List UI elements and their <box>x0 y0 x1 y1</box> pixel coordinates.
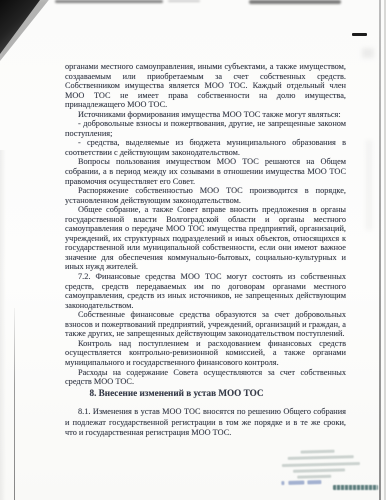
scan-edge-streak <box>55 0 163 3</box>
scan-edge-streak <box>249 0 341 4</box>
paragraph: Общее собрание, а также Совет вправе вно… <box>65 205 346 272</box>
scan-edge-streak <box>168 0 200 2</box>
page-corner-fold <box>0 0 40 54</box>
paragraph: органами местного самоуправления, иными … <box>65 62 346 110</box>
margin-dash-mark <box>352 33 367 36</box>
document-text: органами местного самоуправления, иными … <box>65 62 346 439</box>
paragraph: Собственные финансовые средства образуют… <box>65 310 346 339</box>
scan-smudge <box>366 140 372 230</box>
paragraph: Контроль над поступлением и расходование… <box>65 339 346 368</box>
stamp-text-line <box>297 475 331 479</box>
stamp-text-line <box>288 455 354 460</box>
stamp-text-line <box>293 468 345 472</box>
section-heading: 8. Внесение изменений в устав МОО ТОС <box>65 388 288 399</box>
paragraph-8-1: 8.1. Изменения в устав МОО ТОС вносятся … <box>65 407 346 440</box>
registration-stamp <box>281 448 366 488</box>
paragraph: Распоряжение собственностью МОО ТОС прои… <box>65 186 346 205</box>
stamp-date-mark <box>307 480 321 484</box>
list-item-paragraph: - добровольные взносы и пожертвования, д… <box>65 119 346 138</box>
stamp-date-mark <box>281 481 284 485</box>
page-left-edge-shade <box>0 150 6 500</box>
stamp-text-line <box>282 462 360 467</box>
stamp-date-mark <box>288 480 304 484</box>
page-right-edge-line <box>379 0 381 500</box>
paragraph: Вопросы пользования имуществом МОО ТОС р… <box>65 157 346 186</box>
paragraph: Расходы на содержание Совета осуществляю… <box>65 368 346 387</box>
paragraph-7-2: 7.2. Финансовые средства МОО ТОС могут с… <box>65 272 346 310</box>
stamp-text-line <box>301 450 335 454</box>
site-watermark <box>333 485 378 490</box>
scanned-page: органами местного самоуправления, иными … <box>0 0 386 500</box>
list-item-paragraph: - средства, выделяемые из бюджета муници… <box>65 138 346 157</box>
scan-smudge <box>362 48 374 58</box>
page-left-fold-line <box>14 308 15 500</box>
paragraph: Источниками формирования имущества МОО Т… <box>65 110 346 120</box>
